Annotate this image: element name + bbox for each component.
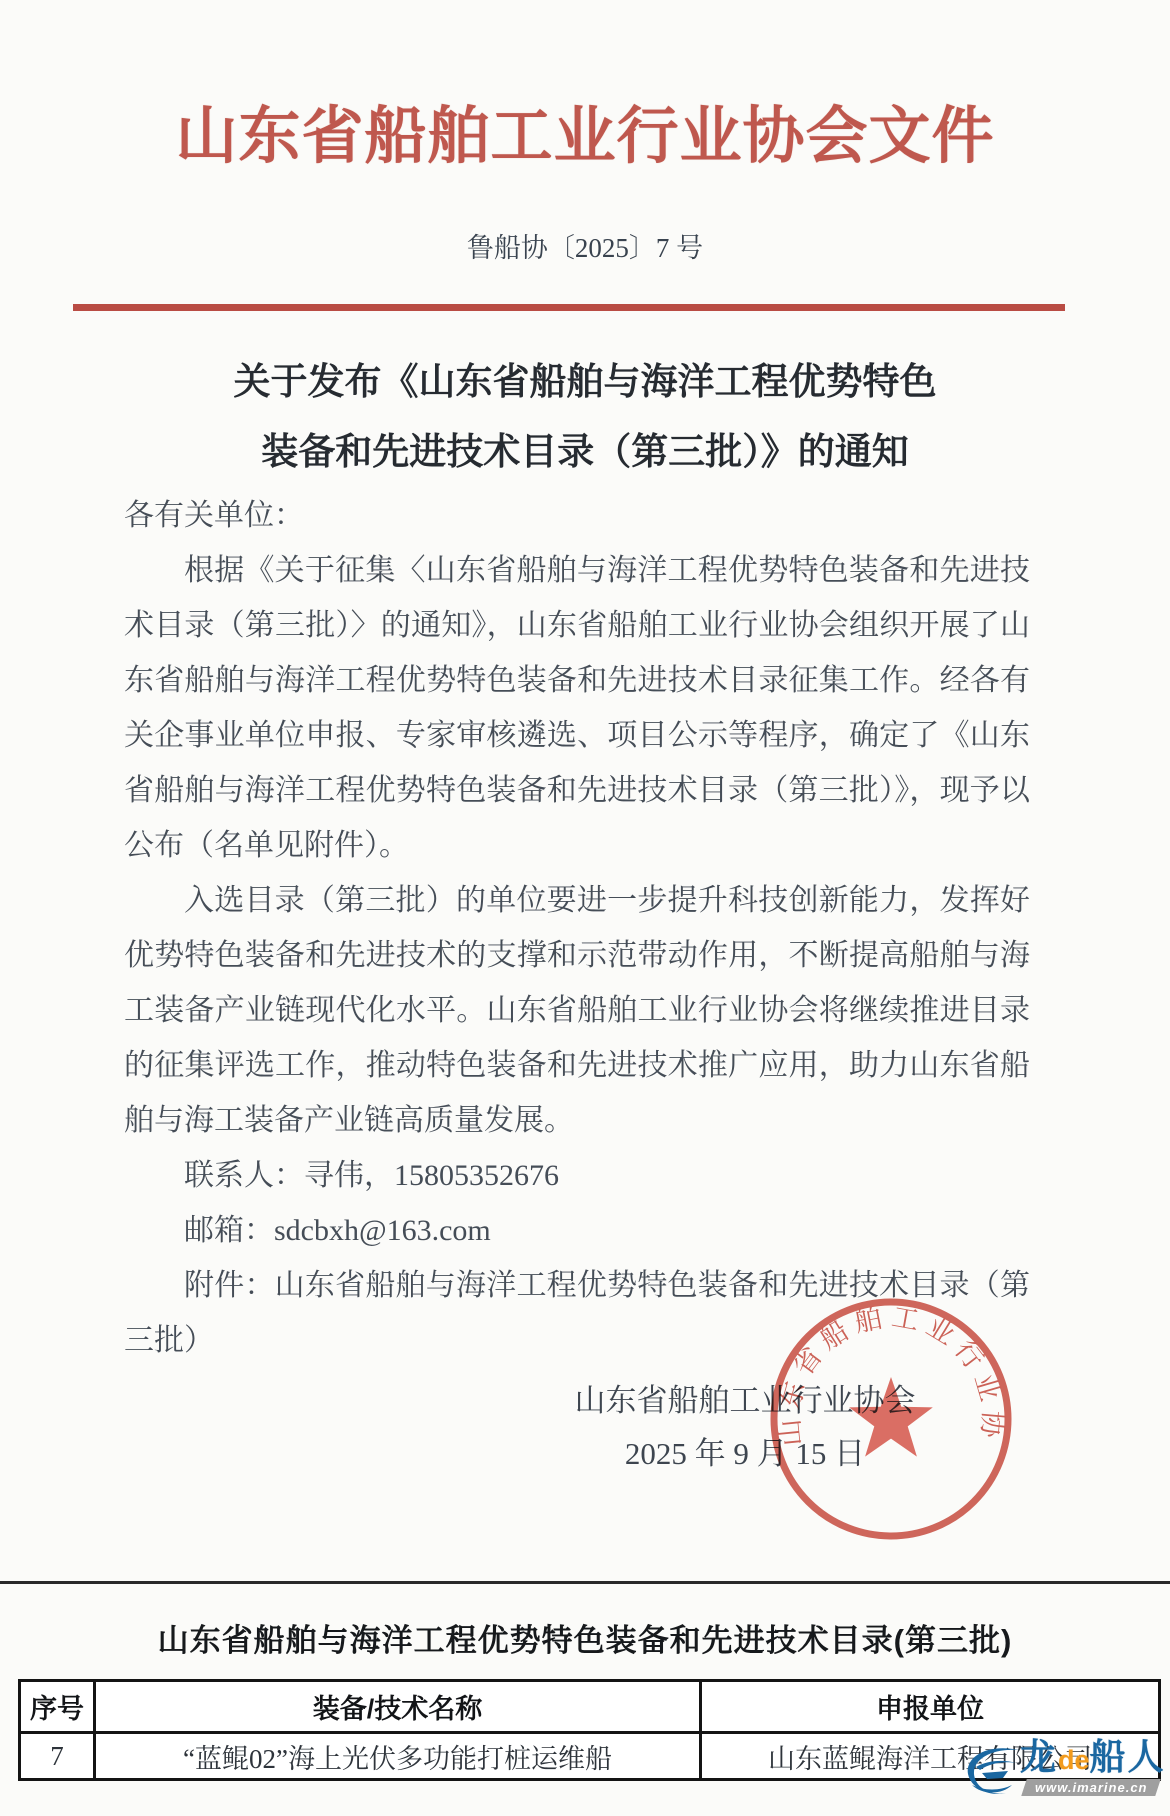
document-number: 鲁船协〔2025〕7 号	[0, 226, 1170, 265]
official-document-page: 山东省船舶工业行业协会文件 鲁船协〔2025〕7 号 关于发布《山东省船舶与海洋…	[0, 0, 1170, 1816]
col-header-index: 序号	[20, 1681, 95, 1733]
watermark-brand: 龙de船人	[1020, 1739, 1166, 1778]
wave-ship-logo-icon	[962, 1743, 1022, 1799]
cell-equipment-name: “蓝鲲02”海上光伏多功能打桩运维船	[95, 1733, 701, 1780]
letterhead-org-title: 山东省船舶工业行业协会文件	[0, 86, 1170, 175]
col-header-equipment: 装备/技术名称	[95, 1681, 701, 1733]
page-divider	[0, 1581, 1170, 1584]
contact-line: 联系人：寻伟，15805352676	[124, 1148, 1030, 1203]
catalog-title: 山东省船舶与海洋工程优势特色装备和先进技术目录(第三批)	[0, 1615, 1170, 1660]
letterhead-red-rule	[73, 304, 1065, 311]
notice-title-line2: 装备和先进技术目录（第三批）》的通知	[0, 418, 1170, 488]
watermark-url-band: www.imarine.cn	[1021, 1779, 1161, 1796]
signoff-org: 山东省船舶工业行业协会	[560, 1374, 930, 1427]
body-paragraph-2: 入选目录（第三批）的单位要进一步提升科技创新能力，发挥好优势特色装备和先进技术的…	[124, 873, 1030, 1148]
col-header-applicant: 申报单位	[701, 1681, 1160, 1733]
notice-title-line1: 关于发布《山东省船舶与海洋工程优势特色	[0, 348, 1170, 418]
brand-de: de	[1058, 1745, 1090, 1775]
signoff-date: 2025 年 9 月 15 日	[560, 1427, 930, 1480]
email-line: 邮箱：sdcbxh@163.com	[124, 1203, 1030, 1258]
greeting-line: 各有关单位：	[124, 488, 1030, 543]
body-paragraph-1: 根据《关于征集〈山东省船舶与海洋工程优势特色装备和先进技术目录（第三批）〉的通知…	[124, 543, 1030, 873]
notice-body: 各有关单位： 根据《关于征集〈山东省船舶与海洋工程优势特色装备和先进技术目录（第…	[124, 488, 1030, 1368]
brand-char-long: 龙	[1020, 1736, 1058, 1777]
cell-index: 7	[20, 1733, 95, 1780]
notice-title: 关于发布《山东省船舶与海洋工程优势特色 装备和先进技术目录（第三批）》的通知	[0, 348, 1170, 488]
attachment-line: 附件：山东省船舶与海洋工程优势特色装备和先进技术目录（第三批）	[124, 1258, 1030, 1368]
catalog-header-row: 序号 装备/技术名称 申报单位	[20, 1681, 1160, 1733]
signoff-block: 山东省船舶工业行业协会 2025 年 9 月 15 日	[560, 1374, 930, 1480]
watermark-url: www.imarine.cn	[1035, 1780, 1148, 1795]
brand-chars-chuanren: 船人	[1090, 1736, 1166, 1777]
site-watermark: 龙de船人 www.imarine.cn	[962, 1737, 1167, 1801]
